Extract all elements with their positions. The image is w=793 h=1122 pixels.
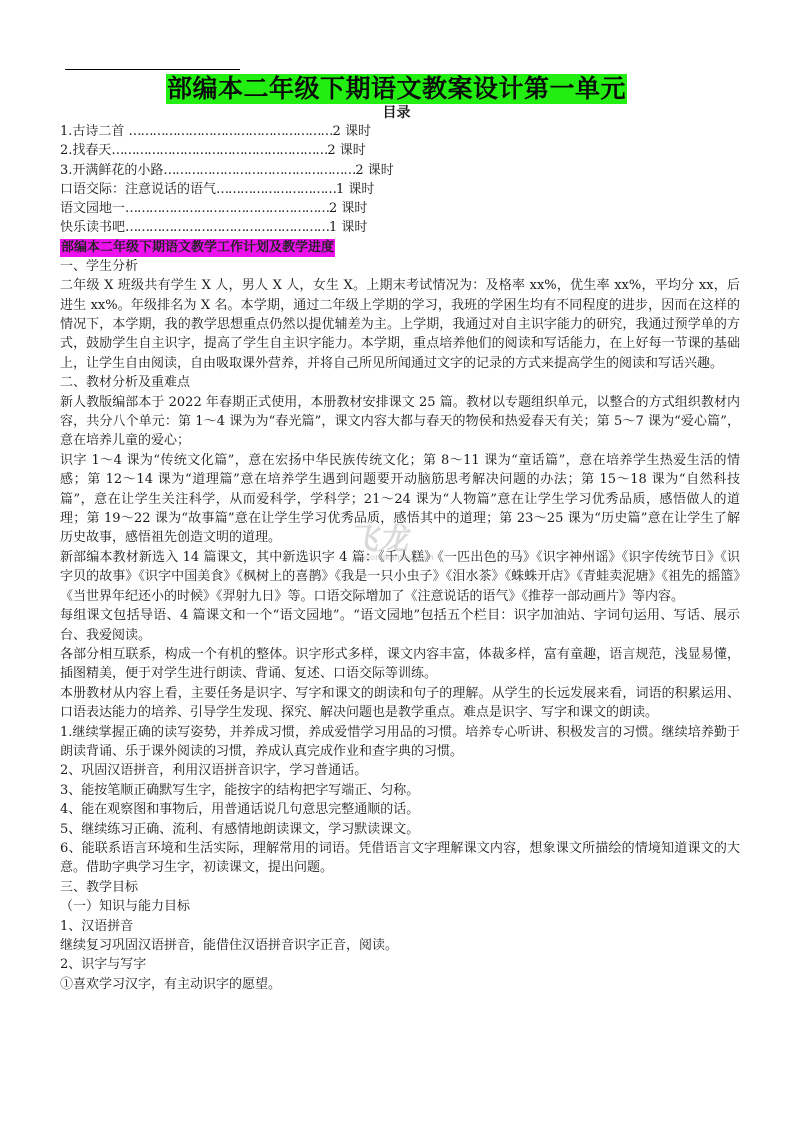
toc-entry-hours: 1 课时 [336,182,374,197]
toc-entry-label: 2.找春天 [60,143,111,158]
toc-entry-hours: 1 课时 [329,220,367,235]
toc-entry: 快乐读书吧……………………………………………1 课时 [60,218,740,237]
section-heading-material-analysis: 二、教材分析及重难点 [60,373,740,392]
list-item-comprehension: 6、能联系语言环境和生活实际，理解常用的词语。凭借语言文字理解课文内容，想象课文… [60,839,740,878]
title-container: 部编本二年级下期语文教案设计第一单元 [0,74,793,104]
toc-leader-dots: …………………………………………… [125,220,329,235]
subsection-heading-knowledge: （一）知识与能力目标 [60,897,740,916]
list-item-pinyin: 2、巩固汉语拼音，利用汉语拼音识字，学习普通话。 [60,761,740,780]
toc-entry-label: 快乐读书吧 [60,220,125,235]
toc-entry-label: 口语交际：注意说话的语气 [60,182,216,197]
toc-heading: 目录 [0,104,793,122]
paragraph-lesson-structure: 每组课文包括导语、4 篇课文和一个“语文园地”。“语文园地”包括五个栏目：识字加… [60,606,740,645]
list-item-habit: 1.继续掌握正确的读写姿势，并养成习惯，养成爱惜学习用品的习惯。培养专心听讲、积… [60,723,740,762]
paragraph-unit-themes: 识字 1～4 课为“传统文化篇”，意在宏扬中华民族传统文化；第 8～11 课为“… [60,451,740,548]
table-of-contents: 1.古诗二首 ……………………………………………2 课时 2.找春天………………… [60,122,740,238]
top-rule-line [65,69,240,70]
list-item-reading: 5、继续练习正确、流利、有感情地朗读课文，学习默读课文。 [60,820,740,839]
plan-heading: 部编本二年级下期语文教学工作计划及教学进度 [60,239,335,257]
toc-entry-label: 语文园地一 [60,201,125,216]
paragraph-key-points: 本册教材从内容上看，主要任务是识字、写字和课文的朗读和句子的理解。从学生的长远发… [60,684,740,723]
document-body: 1.古诗二首 ……………………………………………2 课时 2.找春天………………… [60,122,740,994]
toc-leader-dots: ………………………… [216,182,336,197]
item-heading-literacy: 2、识字与写字 [60,955,740,974]
toc-entry-label: 1.古诗二首 [60,124,129,139]
plan-heading-container: 部编本二年级下期语文教学工作计划及教学进度 [60,238,740,257]
toc-entry-hours: 2 课时 [327,143,365,158]
list-item-speaking: 4、能在观察图和事物后，用普通话说几句意思完整通顺的话。 [60,800,740,819]
toc-entry-hours: 2 课时 [329,201,367,216]
section-heading-teaching-goals: 三、教学目标 [60,878,740,897]
paragraph-features: 各部分相互联系，构成一个有机的整体。识字形式多样，课文内容丰富，体裁多样，富有童… [60,645,740,684]
paragraph-new-lessons: 新部编本教材新选入 14 篇课文，其中新选识字 4 篇：《千人糕》《一匹出色的马… [60,548,740,606]
item-heading-pinyin: 1、汉语拼音 [60,917,740,936]
paragraph-material-intro: 新人教版编部本于 2022 年春期正式使用，本册教材安排课文 25 篇。教材以专… [60,393,740,451]
toc-entry: 2.找春天………………………………………………2 课时 [60,141,740,160]
list-item-writing: 3、能按笔顺正确默写生字，能按字的结构把字写端正、匀称。 [60,781,740,800]
paragraph-literacy-goal: ①喜欢学习汉字，有主动识字的愿望。 [60,975,740,994]
toc-entry: 语文园地一……………………………………………2 课时 [60,199,740,218]
toc-entry-label: 3.开满鲜花的小路 [60,163,163,178]
toc-leader-dots: ………………………………………… [163,163,355,178]
toc-entry: 3.开满鲜花的小路…………………………………………2 课时 [60,161,740,180]
paragraph-student-analysis: 二年级 X 班级共有学生 X 人，男人 X 人，女生 X。上期末考试情况为：及格… [60,276,740,373]
toc-entry: 1.古诗二首 ……………………………………………2 课时 [60,122,740,141]
toc-leader-dots: …………………………………………… [129,124,333,139]
toc-entry-hours: 2 课时 [333,124,371,139]
toc-leader-dots: ……………………………………………… [111,143,327,158]
document-title: 部编本二年级下期语文教案设计第一单元 [166,74,627,104]
toc-entry-hours: 2 课时 [355,163,393,178]
paragraph-pinyin-goal: 继续复习巩固汉语拼音，能借住汉语拼音识字正音，阅读。 [60,936,740,955]
toc-leader-dots: …………………………………………… [125,201,329,216]
section-heading-student-analysis: 一、学生分析 [60,257,740,276]
toc-entry: 口语交际：注意说话的语气…………………………1 课时 [60,180,740,199]
